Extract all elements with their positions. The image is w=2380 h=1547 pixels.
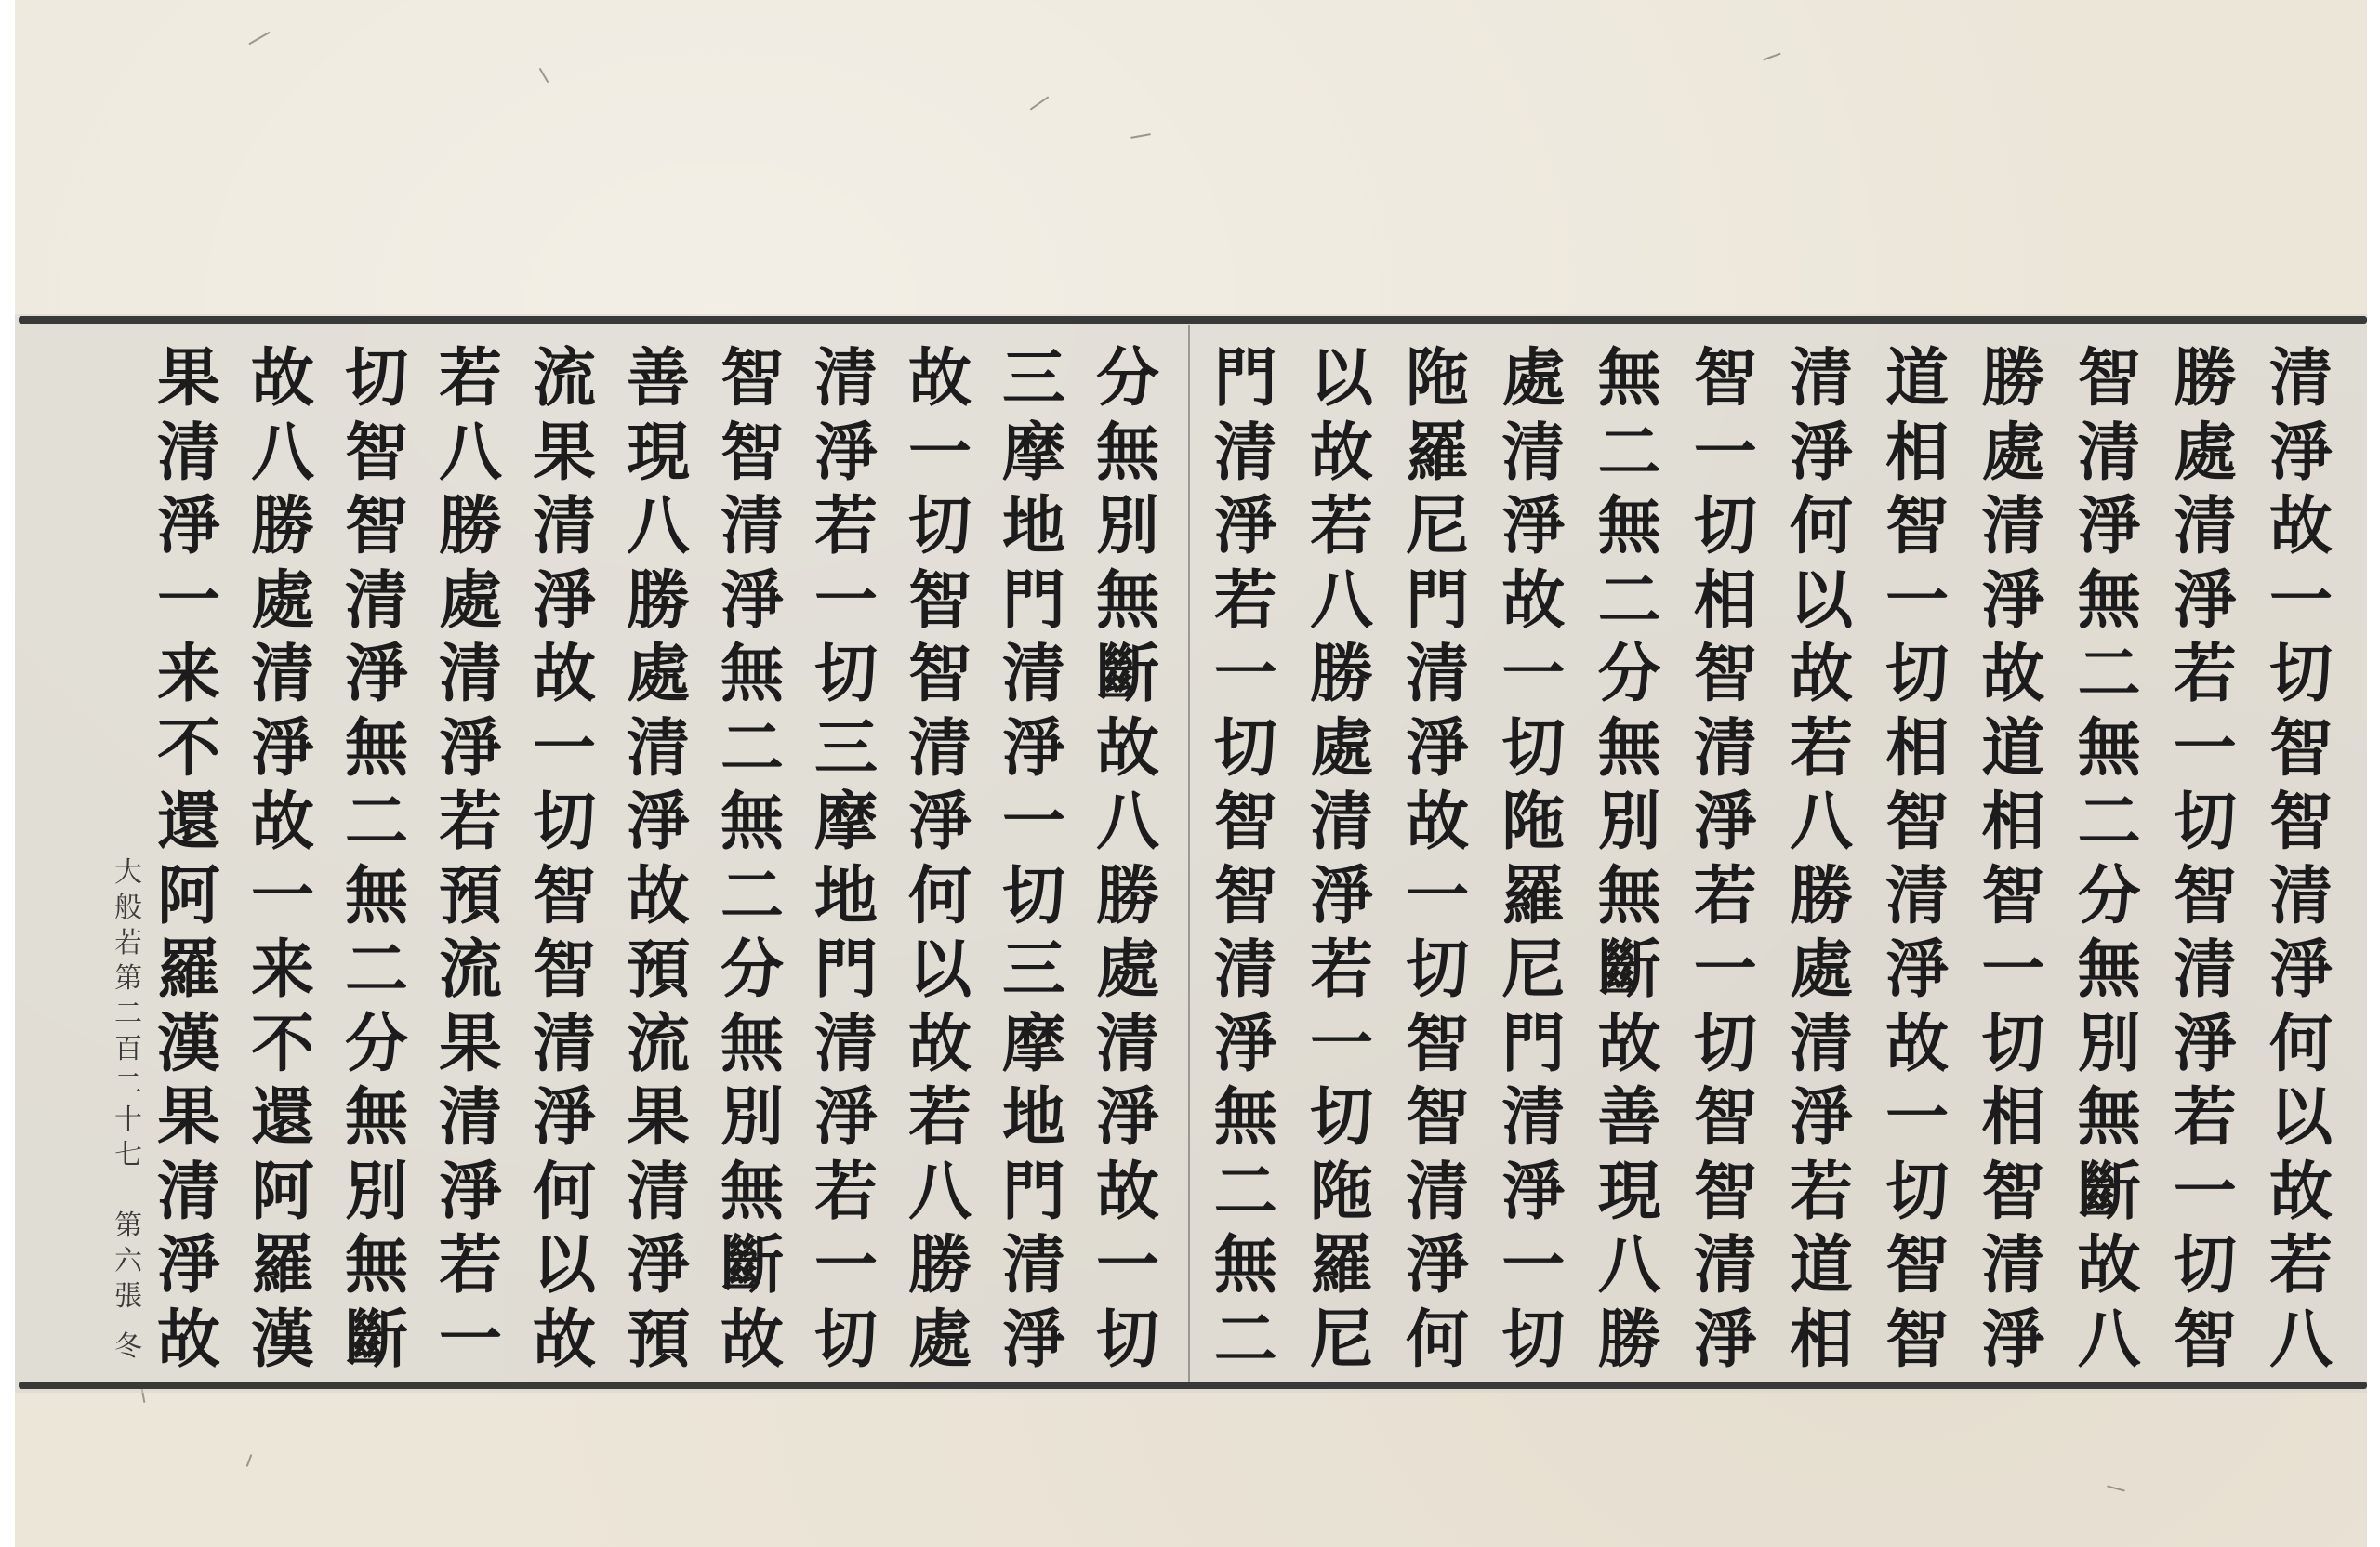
character: 淨	[989, 712, 1078, 785]
character: 清	[426, 1081, 515, 1154]
character: 清	[801, 342, 891, 415]
text-column: 流果清淨故一切智智清淨何以故	[520, 342, 609, 1376]
text-column: 若八勝處清淨若預流果清淨若一	[426, 342, 515, 1376]
character: 若	[426, 786, 515, 858]
character: 斷	[707, 1229, 797, 1302]
character: 智	[895, 564, 985, 637]
character: 智	[1393, 1008, 1482, 1080]
character: 清	[1968, 490, 2057, 562]
character: 清	[989, 1229, 1078, 1302]
margin-glyph: 冬	[114, 1329, 142, 1365]
character: 無	[332, 860, 421, 932]
character: 切	[2256, 638, 2346, 710]
character: 淨	[1777, 416, 1866, 489]
character: 若	[2256, 1229, 2346, 1302]
character: 一	[1488, 1229, 1578, 1302]
character: 處	[895, 1303, 985, 1376]
margin-glyph: 十	[114, 1103, 142, 1138]
text-column: 善現八勝處清淨故預流果清淨預	[614, 342, 703, 1376]
character: 別	[1585, 786, 1674, 858]
character: 別	[1083, 490, 1172, 562]
character: 故	[1488, 564, 1578, 637]
character: 八	[614, 490, 703, 562]
character: 故	[520, 638, 609, 710]
character: 相	[1968, 786, 2057, 858]
character: 預	[614, 1303, 703, 1376]
character: 智	[2161, 1303, 2250, 1376]
character: 淨	[1297, 860, 1386, 932]
character: 故	[520, 1303, 609, 1376]
character: 八	[426, 416, 515, 489]
character: 清	[1872, 860, 1962, 932]
character: 門	[1488, 1008, 1578, 1080]
character: 故	[238, 342, 327, 415]
character: 故	[1083, 712, 1172, 785]
character: 無	[2065, 712, 2154, 785]
character: 一	[801, 564, 891, 637]
character: 切	[1681, 490, 1770, 562]
text-column: 陁羅尼門清淨故一切智智清淨何	[1393, 342, 1482, 1376]
character: 一	[1083, 1229, 1172, 1302]
character: 不	[144, 712, 233, 785]
character: 淨	[801, 1081, 891, 1154]
character: 道	[1968, 712, 2057, 785]
character: 智	[1968, 860, 2057, 932]
margin-glyph: 大	[114, 855, 142, 891]
character: 不	[238, 1008, 327, 1080]
bottom-frame-line	[19, 1382, 2367, 1389]
character: 故	[895, 342, 985, 415]
text-column: 智智清淨無二無二分無別無斷故	[707, 342, 797, 1376]
character: 淨	[1681, 1303, 1770, 1376]
character: 一	[1872, 1081, 1962, 1154]
text-column: 處清淨故一切陁羅尼門清淨一切	[1488, 342, 1578, 1376]
margin-mark: 冬	[110, 1329, 147, 1365]
center-fold-line	[1188, 325, 1190, 1382]
character: 故	[707, 1303, 797, 1376]
character: 斷	[1083, 638, 1172, 710]
character: 八	[1585, 1229, 1674, 1302]
character: 處	[2161, 416, 2250, 489]
text-column: 清淨故一切智智清淨何以故若八	[2256, 342, 2346, 1376]
character: 淨	[1968, 564, 2057, 637]
character: 處	[1297, 712, 1386, 785]
character: 故	[1585, 1008, 1674, 1080]
character: 無	[2065, 564, 2154, 637]
character: 智	[1681, 342, 1770, 415]
character: 無	[332, 1081, 421, 1154]
character: 切	[1872, 1156, 1962, 1228]
margin-glyph: 第	[114, 961, 142, 997]
character: 處	[1083, 933, 1172, 1006]
character: 處	[1968, 416, 2057, 489]
character: 切	[1681, 1008, 1770, 1080]
character: 淨	[1488, 1156, 1578, 1228]
character: 無	[1585, 490, 1674, 562]
character: 無	[1585, 860, 1674, 932]
character: 清	[1201, 416, 1290, 489]
character: 智	[2065, 342, 2154, 415]
margin-title: 大般若第二百二十七	[110, 855, 147, 1173]
character: 斷	[332, 1303, 421, 1376]
character: 無	[707, 638, 797, 710]
character: 淨	[1488, 490, 1578, 562]
character: 一	[2161, 712, 2250, 785]
character: 切	[801, 1303, 891, 1376]
character: 處	[426, 564, 515, 637]
character: 何	[1777, 490, 1866, 562]
character: 一	[144, 564, 233, 637]
character: 来	[238, 933, 327, 1006]
character: 斷	[1585, 933, 1674, 1006]
character: 相	[1872, 416, 1962, 489]
character: 何	[520, 1156, 609, 1228]
character: 若	[1297, 933, 1386, 1006]
character: 切	[1488, 712, 1578, 785]
character: 智	[1872, 1229, 1962, 1302]
text-column: 清淨若一切三摩地門清淨若一切	[801, 342, 891, 1376]
character: 故	[1083, 1156, 1172, 1228]
character: 以	[895, 933, 985, 1006]
character: 淨	[1201, 1008, 1290, 1080]
character: 分	[2065, 860, 2154, 932]
character: 切	[520, 786, 609, 858]
character: 何	[1393, 1303, 1482, 1376]
character: 相	[1872, 712, 1962, 785]
character: 處	[1488, 342, 1578, 415]
top-frame-line	[19, 316, 2367, 324]
character: 一	[238, 860, 327, 932]
character: 清	[1488, 416, 1578, 489]
character: 二	[2065, 638, 2154, 710]
character: 清	[1777, 342, 1866, 415]
character: 無	[1083, 416, 1172, 489]
character: 清	[144, 1156, 233, 1228]
margin-glyph: 七	[114, 1138, 142, 1173]
character: 清	[707, 490, 797, 562]
character: 清	[1393, 1156, 1482, 1228]
character: 清	[1393, 638, 1482, 710]
character: 若	[2161, 1081, 2250, 1154]
character: 清	[614, 712, 703, 785]
character: 現	[1585, 1156, 1674, 1228]
character: 淨	[520, 564, 609, 637]
character: 摩	[989, 1008, 1078, 1080]
character: 果	[144, 1081, 233, 1154]
character: 處	[1777, 933, 1866, 1006]
character: 一	[520, 712, 609, 785]
character: 一	[895, 416, 985, 489]
character: 三	[801, 712, 891, 785]
character: 預	[614, 933, 703, 1006]
character: 故	[2065, 1229, 2154, 1302]
margin-glyph: 二	[114, 1067, 142, 1103]
character: 流	[426, 933, 515, 1006]
character: 羅	[1393, 416, 1482, 489]
margin-glyph: 張	[114, 1279, 142, 1315]
character: 切	[1201, 712, 1290, 785]
character: 智	[1968, 1156, 2057, 1228]
character: 一	[1297, 1008, 1386, 1080]
character: 地	[801, 860, 891, 932]
character: 無	[2065, 1081, 2154, 1154]
character: 阿	[238, 1156, 327, 1228]
character: 智	[1681, 1156, 1770, 1228]
character: 勝	[1297, 638, 1386, 710]
character: 淨	[1083, 1081, 1172, 1154]
paper-fiber	[248, 32, 271, 46]
character: 清	[895, 712, 985, 785]
character: 淨	[2065, 490, 2154, 562]
text-column: 切智智清淨無二無二分無別無斷	[332, 342, 421, 1376]
character: 果	[426, 1008, 515, 1080]
character: 一	[1968, 933, 2057, 1006]
character: 淨	[989, 1303, 1078, 1376]
character: 陁	[1393, 342, 1482, 415]
margin-glyph: 六	[114, 1244, 142, 1279]
character: 勝	[1083, 860, 1172, 932]
character: 阿	[144, 860, 233, 932]
text-column: 分無別無斷故八勝處清淨故一切	[1083, 342, 1172, 1376]
character: 清	[238, 638, 327, 710]
character: 分	[1585, 638, 1674, 710]
margin-sheet-number: 第六張	[110, 1209, 147, 1315]
character: 清	[332, 564, 421, 637]
character: 智	[707, 416, 797, 489]
character: 門	[1201, 342, 1290, 415]
character: 淨	[1872, 933, 1962, 1006]
character: 一	[2256, 564, 2346, 637]
character: 一	[1872, 564, 1962, 637]
character: 陁	[1297, 1156, 1386, 1228]
character: 清	[801, 1008, 891, 1080]
character: 淨	[426, 712, 515, 785]
character: 若	[1681, 860, 1770, 932]
character: 淨	[520, 1081, 609, 1154]
character: 相	[1681, 564, 1770, 637]
character: 淨	[144, 490, 233, 562]
character: 淨	[2161, 564, 2250, 637]
character: 淨	[614, 786, 703, 858]
character: 八	[1083, 786, 1172, 858]
character: 故	[1968, 638, 2057, 710]
character: 切	[1968, 1008, 2057, 1080]
character: 勝	[1968, 342, 2057, 415]
character: 摩	[801, 786, 891, 858]
text-column: 門清淨若一切智智清淨無二無二	[1201, 342, 1290, 1376]
paper-fiber	[2107, 1485, 2125, 1491]
character: 果	[520, 416, 609, 489]
character: 淨	[2161, 1008, 2250, 1080]
character: 門	[801, 933, 891, 1006]
character: 若	[426, 1229, 515, 1302]
paper-fiber	[1030, 96, 1050, 110]
paper-fiber	[1130, 133, 1151, 139]
character: 智	[707, 342, 797, 415]
margin-glyph: 百	[114, 1032, 142, 1067]
character: 二	[1585, 416, 1674, 489]
character: 一	[1488, 638, 1578, 710]
character: 智	[1393, 1081, 1482, 1154]
character: 二	[1585, 564, 1674, 637]
character: 清	[426, 638, 515, 710]
character: 智	[332, 416, 421, 489]
character: 清	[614, 1156, 703, 1228]
character: 三	[989, 933, 1078, 1006]
character: 羅	[144, 933, 233, 1006]
character: 清	[1201, 933, 1290, 1006]
character: 若	[801, 490, 891, 562]
character: 一	[1201, 638, 1290, 710]
text-column: 勝處清淨若一切智清淨若一切智	[2161, 342, 2250, 1376]
character: 勝	[238, 490, 327, 562]
character: 勝	[895, 1229, 985, 1302]
character: 八	[1777, 786, 1866, 858]
character: 以	[1297, 342, 1386, 415]
character: 清	[2161, 490, 2250, 562]
character: 清	[989, 638, 1078, 710]
text-column: 智一切相智清淨若一切智智清淨	[1681, 342, 1770, 1376]
character: 八	[238, 416, 327, 489]
character: 還	[238, 1081, 327, 1154]
character: 智	[2256, 712, 2346, 785]
character: 故	[1872, 1008, 1962, 1080]
character: 智	[2161, 860, 2250, 932]
character: 智	[1872, 490, 1962, 562]
character: 無	[1201, 1229, 1290, 1302]
character: 流	[520, 342, 609, 415]
character: 清	[2065, 416, 2154, 489]
character: 地	[989, 1081, 1078, 1154]
character: 若	[1777, 1156, 1866, 1228]
character: 故	[2256, 490, 2346, 562]
character: 八	[1297, 564, 1386, 637]
character: 淨	[332, 638, 421, 710]
character: 切	[989, 860, 1078, 932]
character: 故	[1297, 416, 1386, 489]
text-column: 智清淨無二無二分無別無斷故八	[2065, 342, 2154, 1376]
character: 門	[989, 564, 1078, 637]
character: 切	[1297, 1081, 1386, 1154]
character: 淨	[801, 416, 891, 489]
character: 淨	[707, 564, 797, 637]
character: 智	[520, 860, 609, 932]
character: 無	[332, 712, 421, 785]
text-column: 三摩地門清淨一切三摩地門清淨	[989, 342, 1078, 1376]
character: 以	[520, 1229, 609, 1302]
text-column: 以故若八勝處清淨若一切陁羅尼	[1297, 342, 1386, 1376]
character: 別	[332, 1156, 421, 1228]
character: 切	[332, 342, 421, 415]
character: 二	[1201, 1303, 1290, 1376]
text-column: 道相智一切相智清淨故一切智智	[1872, 342, 1962, 1376]
character: 清	[2161, 933, 2250, 1006]
character: 斷	[2065, 1156, 2154, 1228]
character: 無	[1083, 564, 1172, 637]
character: 漢	[144, 1008, 233, 1080]
paper-fiber	[539, 68, 549, 84]
character: 故	[2256, 1156, 2346, 1228]
character: 二	[707, 712, 797, 785]
character: 淨	[1393, 712, 1482, 785]
margin-glyph: 若	[114, 926, 142, 961]
character: 智	[1872, 1303, 1962, 1376]
character: 故	[614, 860, 703, 932]
character: 門	[989, 1156, 1078, 1228]
character: 勝	[2161, 342, 2250, 415]
character: 一	[2161, 1156, 2250, 1228]
character: 切	[2161, 786, 2250, 858]
text-column: 故一切智智清淨何以故若八勝處	[895, 342, 985, 1376]
character: 切	[1393, 933, 1482, 1006]
character: 無	[707, 786, 797, 858]
character: 何	[895, 860, 985, 932]
character: 若	[1297, 490, 1386, 562]
text-column: 清淨何以故若八勝處清淨若道相	[1777, 342, 1866, 1376]
character: 漢	[238, 1303, 327, 1376]
character: 故	[1777, 638, 1866, 710]
text-column: 無二無二分無別無斷故善現八勝	[1585, 342, 1674, 1376]
character: 淨	[2256, 933, 2346, 1006]
character: 處	[614, 638, 703, 710]
character: 若	[426, 342, 515, 415]
character: 若	[1201, 564, 1290, 637]
character: 以	[2256, 1081, 2346, 1154]
character: 智	[2256, 786, 2346, 858]
character: 淨	[426, 1156, 515, 1228]
character: 道	[1872, 342, 1962, 415]
character: 切	[1083, 1303, 1172, 1376]
character: 別	[707, 1081, 797, 1154]
character: 二	[332, 786, 421, 858]
character: 切	[1872, 638, 1962, 710]
character: 相	[1968, 1081, 2057, 1154]
character: 淨	[1968, 1303, 2057, 1376]
character: 若	[2161, 638, 2250, 710]
character: 勝	[426, 490, 515, 562]
character: 淨	[238, 712, 327, 785]
character: 一	[426, 1303, 515, 1376]
character: 清	[1777, 1008, 1866, 1080]
character: 分	[1083, 342, 1172, 415]
paper-fiber	[1763, 53, 1780, 61]
character: 清	[1083, 1008, 1172, 1080]
character: 淨	[614, 1229, 703, 1302]
character: 若	[895, 1081, 985, 1154]
character: 清	[520, 1008, 609, 1080]
character: 智	[1681, 638, 1770, 710]
character: 無	[332, 1229, 421, 1302]
character: 清	[520, 490, 609, 562]
character: 智	[332, 490, 421, 562]
character: 若	[1777, 712, 1866, 785]
character: 淨	[1681, 786, 1770, 858]
character: 預	[426, 860, 515, 932]
text-column: 勝處清淨故道相智一切相智清淨	[1968, 342, 2057, 1376]
character: 處	[238, 564, 327, 637]
character: 清	[2256, 342, 2346, 415]
character: 道	[1777, 1229, 1866, 1302]
character: 切	[895, 490, 985, 562]
character: 八	[2256, 1303, 2346, 1376]
character: 流	[614, 1008, 703, 1080]
character: 清	[1968, 1229, 2057, 1302]
margin-glyph: 第	[114, 1209, 142, 1244]
character: 二	[1201, 1156, 1290, 1228]
character: 二	[2065, 786, 2154, 858]
character: 智	[1872, 786, 1962, 858]
character: 智	[1201, 786, 1290, 858]
